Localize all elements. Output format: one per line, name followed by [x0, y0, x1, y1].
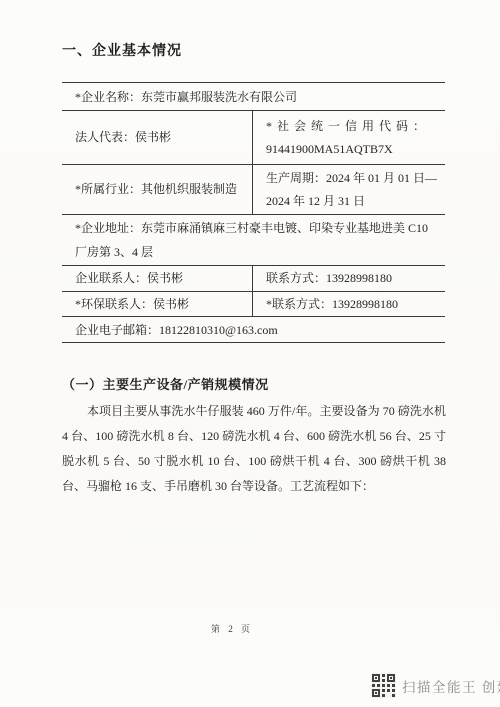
company-contact-text: 企业联系人：侯书彬 [75, 267, 248, 290]
table-cell-company-name: *企业名称：东莞市赢邦服装洗水有限公司 [62, 83, 445, 110]
table-row: *企业地址：东莞市麻涌镇麻三村豪丰电镀、印染专业基地进美 C10 厂房第 3、4… [62, 215, 445, 266]
production-period-text: 生产周期：2024 年 01 月 01 日—2024 年 12 月 31 日 [266, 167, 441, 213]
env-contact-text: *环保联系人：侯书彬 [75, 293, 248, 316]
company-address-text: *企业地址：东莞市麻涌镇麻三村豪丰电镀、印染专业基地进美 C10 厂房第 3、4… [75, 216, 441, 264]
table-cell-env-contact-phone: *联系方式：13928998180 [252, 292, 445, 316]
table-row: 企业联系人：侯书彬 联系方式：13928998180 [62, 266, 445, 292]
industry-text: *所属行业：其他机织服装制造 [75, 178, 248, 201]
table-cell-address: *企业地址：东莞市麻涌镇麻三村豪丰电镀、印染专业基地进美 C10 厂房第 3、4… [62, 215, 445, 265]
table-row: 法人代表：侯书彬 * 社 会 统 一 信 用 代 码 ： 91441900MA5… [62, 111, 445, 165]
table-cell-env-contact: *环保联系人：侯书彬 [62, 292, 252, 316]
company-contact-phone-text: 联系方式：13928998180 [266, 267, 441, 290]
company-name-text: *企业名称：东莞市赢邦服装洗水有限公司 [75, 85, 441, 109]
table-cell-production-period: 生产周期：2024 年 01 月 01 日—2024 年 12 月 31 日 [252, 165, 445, 214]
credit-code-label: * 社 会 统 一 信 用 代 码 ： [266, 115, 441, 138]
table-cell-legal-representative: 法人代表：侯书彬 [62, 111, 252, 164]
watermark-label: 扫描全能王 创建 [402, 676, 500, 696]
page-number: 第 2 页 [62, 622, 402, 635]
camscanner-watermark: 扫描全能王 创建 [371, 673, 500, 698]
qr-code-icon [371, 673, 396, 698]
table-cell-company-contact-phone: 联系方式：13928998180 [252, 266, 445, 291]
legal-representative-text: 法人代表：侯书彬 [75, 126, 248, 149]
table-cell-credit-code: * 社 会 统 一 信 用 代 码 ： 91441900MA51AQTB7X [252, 111, 445, 164]
company-info-table: *企业名称：东莞市赢邦服装洗水有限公司 法人代表：侯书彬 * 社 会 统 一 信… [62, 82, 445, 343]
subsection-heading: （一）主要生产设备/产销规模情况 [62, 374, 269, 393]
table-cell-company-contact: 企业联系人：侯书彬 [62, 266, 252, 291]
table-row: 企业电子邮箱：18122810310@163.com [62, 317, 445, 343]
table-row: *企业名称：东莞市赢邦服装洗水有限公司 [62, 83, 445, 111]
table-row: *环保联系人：侯书彬 *联系方式：13928998180 [62, 292, 445, 317]
document-page: 一、企业基本情况 *企业名称：东莞市赢邦服装洗水有限公司 法人代表：侯书彬 * … [0, 0, 500, 707]
table-cell-industry: *所属行业：其他机织服装制造 [62, 165, 252, 214]
credit-code-value: 91441900MA51AQTB7X [266, 138, 441, 161]
env-contact-phone-text: *联系方式：13928998180 [266, 293, 441, 316]
table-cell-email: 企业电子邮箱：18122810310@163.com [62, 317, 445, 342]
section-title: 一、企业基本情况 [62, 40, 182, 60]
body-paragraph: 本项目主要从事洗水牛仔服装 460 万件/年。主要设备为 70 磅洗水机 4 台… [62, 399, 446, 499]
company-email-text: 企业电子邮箱：18122810310@163.com [75, 318, 441, 342]
table-row: *所属行业：其他机织服装制造 生产周期：2024 年 01 月 01 日—202… [62, 165, 445, 215]
